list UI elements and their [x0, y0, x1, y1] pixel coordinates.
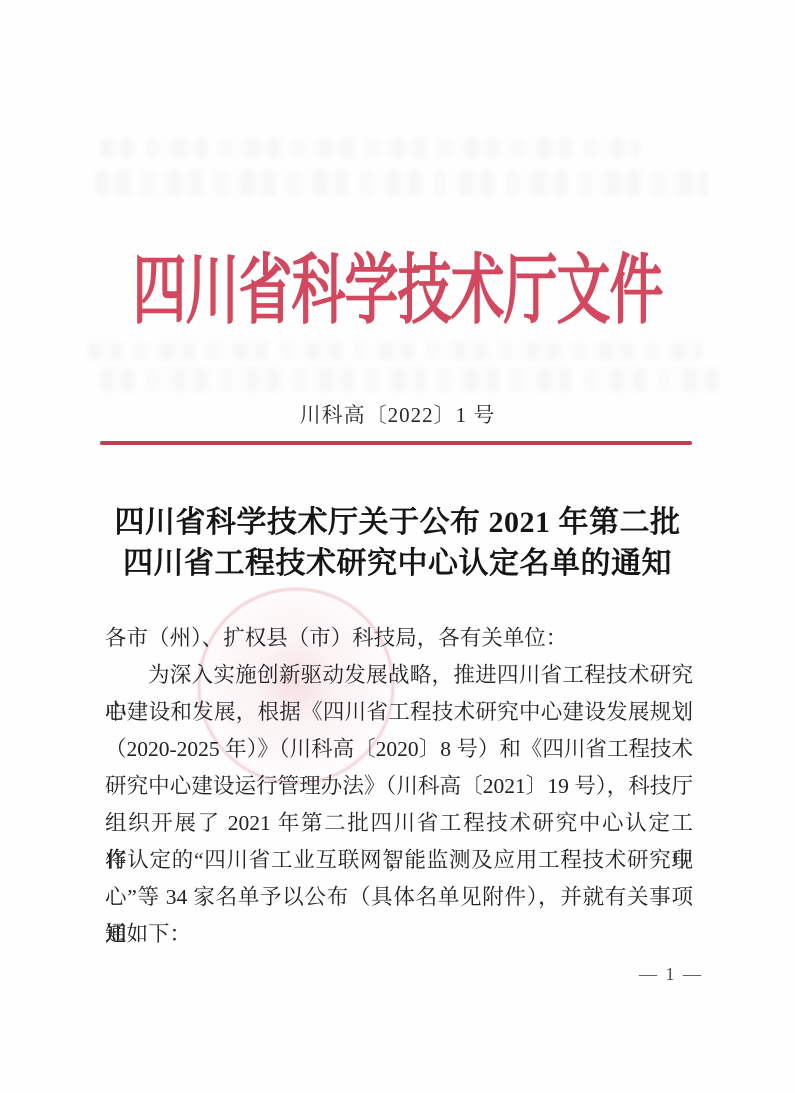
body-line: 组织开展了 2021 年第二批四川省工程技术研究中心认定工作，现 — [105, 805, 693, 842]
body-line: （2020-2025 年）》（川科高〔2020〕8 号）和《四川省工程技术 — [105, 731, 693, 768]
body-line: 研究中心建设运行管理办法》（川科高〔2021〕19 号），科技厅 — [105, 768, 693, 805]
body-line: 为深入实施创新驱动发展战略，推进四川省工程技术研究中 — [105, 657, 693, 694]
body-line: 知如下： — [105, 916, 693, 953]
notice-title: 四川省科学技术厅关于公布 2021 年第二批 四川省工程技术研究中心认定名单的通… — [0, 502, 795, 584]
bleedthrough-smudge — [100, 138, 640, 158]
notice-body: 各市（州）、扩权县（市）科技局，各有关单位： 为深入实施创新驱动发展战略，推进四… — [105, 620, 693, 953]
body-line: 心建设和发展，根据《四川省工程技术研究中心建设发展规划 — [105, 694, 693, 731]
bleedthrough-smudge — [100, 368, 722, 392]
red-separator-line — [100, 441, 692, 445]
bleedthrough-smudge — [88, 342, 703, 360]
page-number: — 1 — — [639, 964, 703, 985]
body-line: 将认定的“四川省工业互联网智能监测及应用工程技术研究中 — [105, 842, 693, 879]
notice-title-line-2: 四川省工程技术研究中心认定名单的通知 — [0, 543, 795, 584]
notice-title-line-1: 四川省科学技术厅关于公布 2021 年第二批 — [0, 502, 795, 543]
scanned-document-page: 四川省科学技术厅文件 川科高〔2022〕1 号 四川省科学技术厅关于公布 202… — [0, 0, 795, 1093]
letterhead-title: 四川省科学技术厅文件 — [0, 230, 795, 339]
body-line: 各市（州）、扩权县（市）科技局，各有关单位： — [105, 620, 693, 657]
document-number: 川科高〔2022〕1 号 — [0, 399, 795, 429]
bleedthrough-smudge — [95, 170, 707, 196]
body-line: 心”等 34 家名单予以公布（具体名单见附件），并就有关事项通 — [105, 879, 693, 916]
